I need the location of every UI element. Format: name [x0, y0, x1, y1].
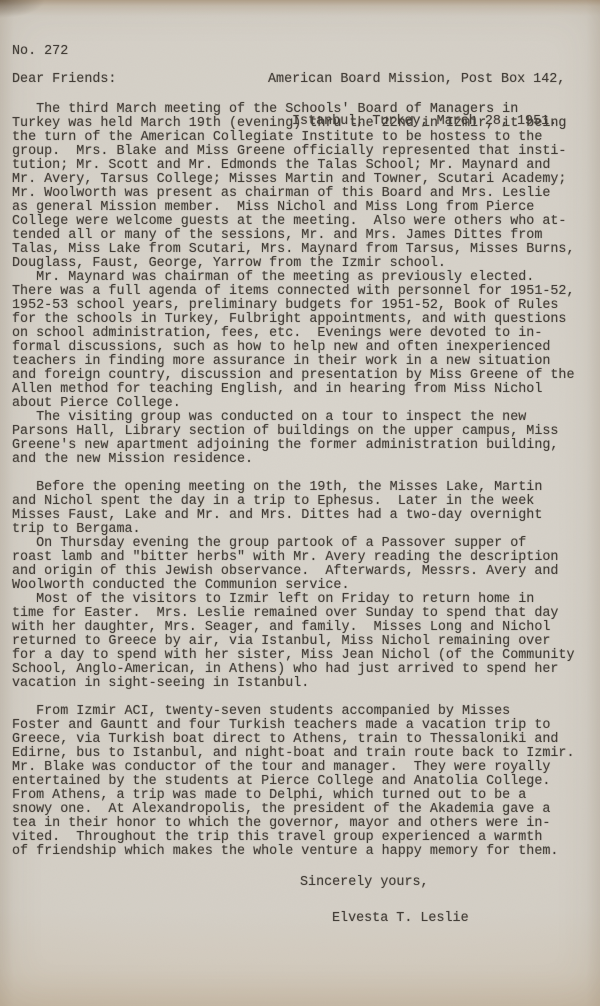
signature: Elvesta T. Leslie — [332, 912, 469, 926]
sender-address-line1: American Board Mission, Post Box 142, — [268, 73, 565, 87]
letter-page: No. 272 American Board Mission, Post Box… — [0, 0, 600, 1006]
ref-number: No. 272 — [12, 45, 68, 59]
letter-body: The third March meeting of the Schools' … — [12, 103, 597, 859]
salutation: Dear Friends: — [12, 73, 116, 87]
closing: Sincerely yours, — [300, 876, 429, 890]
